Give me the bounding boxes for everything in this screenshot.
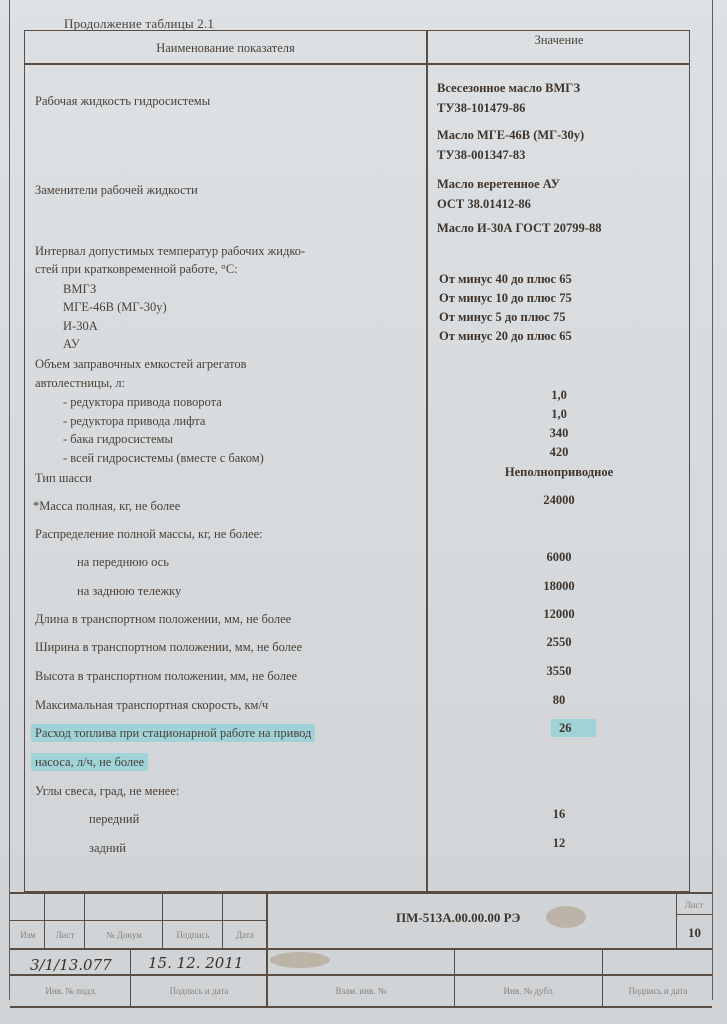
row-value: ОСТ 38.01412-86 (437, 197, 531, 212)
row-name: Высота в транспортном положении, мм, не … (35, 669, 297, 684)
row-name: Расход топлива при стационарной работе н… (35, 726, 315, 741)
stamp-col-label: Лист (46, 930, 84, 940)
stain (546, 906, 586, 928)
row-value: ТУ38-001347-83 (437, 148, 525, 163)
frame-border-left (9, 0, 10, 1000)
spec-table: Наименование показателя Значение Рабочая… (24, 30, 690, 892)
row-name: Объем заправочных емкостей агрегатов (35, 357, 247, 372)
header-divider (25, 63, 689, 65)
row-name: Тип шасси (35, 471, 92, 486)
sub-item-value: 1,0 (427, 407, 691, 422)
row-name: Интервал допустимых температур рабочих ж… (35, 244, 305, 259)
stamp-col-label: Дата (224, 930, 266, 940)
row-value: Масло веретенное АУ (437, 177, 560, 192)
row-value: Всесезонное масло ВМГЗ (437, 81, 580, 96)
sub-item-value: 420 (427, 445, 691, 460)
sub-item-name: АУ (63, 337, 80, 352)
sub-item-value: От минус 40 до плюс 65 (439, 272, 572, 287)
sub-item-name: на заднюю тележку (77, 584, 181, 599)
row-name: *Масса полная, кг, не более (33, 499, 180, 514)
document-id: ПМ-513А.00.00.00 РЭ (396, 910, 520, 926)
frame-border-right (712, 0, 713, 1000)
title-block: Изм Лист № Докум Подпись Дата ПМ-513А.00… (26, 892, 712, 984)
sub-item-name: - редуктора привода поворота (63, 395, 222, 410)
row-value: Масло И-30А ГОСТ 20799-88 (437, 221, 601, 236)
sub-item-value: 340 (427, 426, 691, 441)
row-name: Максимальная транспортная скорость, км/ч (35, 698, 268, 713)
sheet-number: 10 (688, 925, 701, 941)
row-value: 3550 (427, 664, 691, 679)
stamp-col-label: № Докум (86, 930, 162, 940)
stain (270, 952, 330, 968)
column-divider (426, 31, 428, 891)
row-name: Рабочая жидкость гидросистемы (35, 94, 210, 109)
row-name: Длина в транспортном положении, мм, не б… (35, 612, 291, 627)
sub-item-value: 6000 (427, 550, 691, 565)
row-value: Масло МГЕ-46В (МГ-30у) (437, 128, 584, 143)
sub-item-name: МГЕ-46В (МГ-30у) (63, 300, 167, 315)
sub-item-value: 18000 (427, 579, 691, 594)
stamp-bottom-label: Подпись и дата (132, 986, 266, 996)
row-name-cont: стей при кратковременной работе, °С: (35, 262, 238, 277)
row-name: Распределение полной массы, кг, не более… (35, 527, 263, 542)
stamp-col-label: Подпись (164, 930, 222, 940)
sub-item-name: передний (89, 812, 139, 827)
handwritten-number: 3/1/13.077 (30, 956, 112, 974)
sub-item-name: - редуктора привода лифта (63, 414, 205, 429)
handwritten-date: 15. 12. 2011 (148, 954, 243, 972)
sub-item-value: 16 (427, 807, 691, 822)
stamp-bottom-label: Взам. инв. № (268, 986, 454, 996)
row-value: 24000 (427, 493, 691, 508)
sub-item-value: 1,0 (427, 388, 691, 403)
sheet-label: Лист (676, 900, 712, 910)
sub-item-name: - бака гидросистемы (63, 432, 173, 447)
row-value: ТУ38-101479-86 (437, 101, 525, 116)
highlight-mark: 26 (551, 719, 596, 737)
highlight-mark: насоса, л/ч, не более (31, 753, 148, 771)
sub-item-name: И-30А (63, 319, 98, 334)
row-value: 26 (555, 721, 596, 736)
sub-item-value: От минус 20 до плюс 65 (439, 329, 572, 344)
sub-item-value: От минус 10 до плюс 75 (439, 291, 572, 306)
stamp-col-label: Изм (12, 930, 44, 940)
sub-item-name: на переднюю ось (77, 555, 169, 570)
header-value: Значение (427, 33, 691, 48)
sub-item-name: - всей гидросистемы (вместе с баком) (63, 451, 264, 466)
document-page: Продолжение таблицы 2.1 Наименование пок… (0, 0, 727, 1024)
sub-item-name: ВМГЗ (63, 282, 96, 297)
row-name-cont: автолестницы, л: (35, 376, 125, 391)
stamp-bottom-label: Инв. № дубл. (456, 986, 602, 996)
stamp-bottom-label: Подпись и дата (604, 986, 712, 996)
sub-item-value: От минус 5 до плюс 75 (439, 310, 565, 325)
stamp-bottom-label: Инв. № подл. (12, 986, 130, 996)
row-name: Заменители рабочей жидкости (35, 183, 198, 198)
header-name: Наименование показателя (25, 41, 426, 56)
sub-item-name: задний (89, 841, 126, 856)
highlight-mark: Расход топлива при стационарной работе н… (31, 724, 315, 742)
row-value: 12000 (427, 607, 691, 622)
row-value: 2550 (427, 635, 691, 650)
row-name-cont: насоса, л/ч, не более (35, 755, 148, 770)
sub-item-value: 12 (427, 836, 691, 851)
row-value: Неполноприводное (427, 465, 691, 480)
row-value: 80 (427, 693, 691, 708)
row-name: Углы свеса, град, не менее: (35, 784, 179, 799)
row-name: Ширина в транспортном положении, мм, не … (35, 640, 302, 655)
